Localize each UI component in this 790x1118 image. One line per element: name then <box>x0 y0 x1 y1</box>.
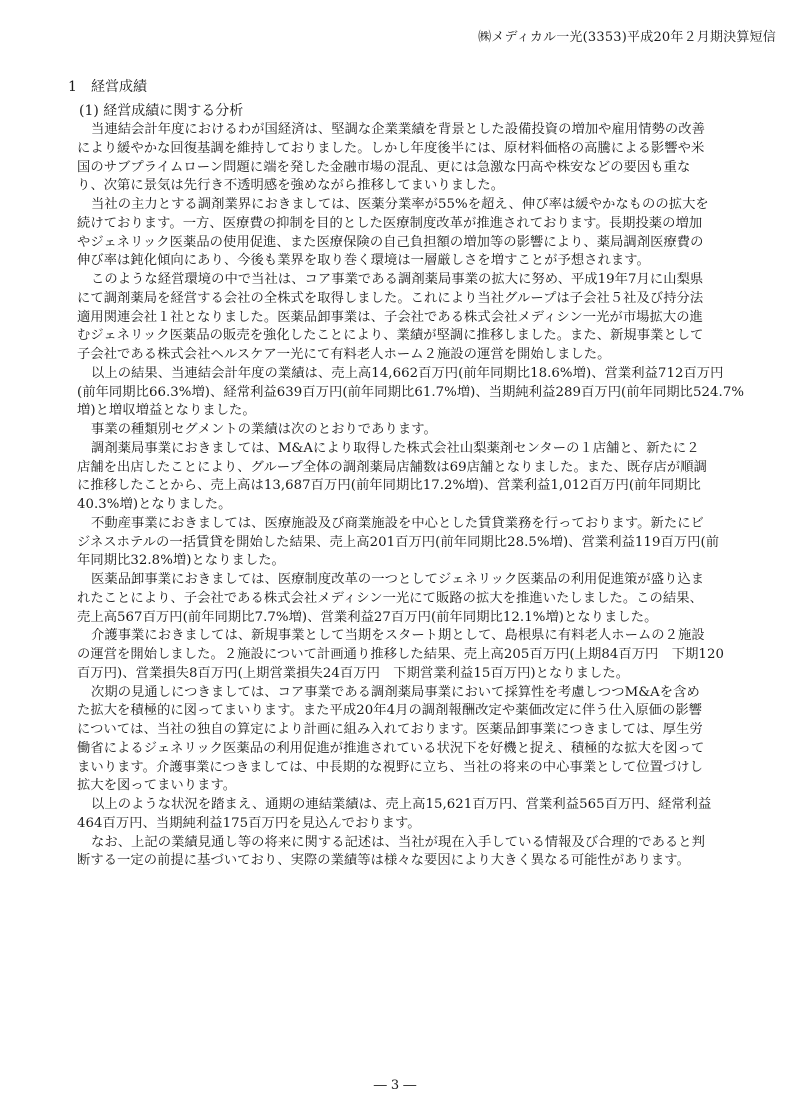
text-line: このような経営環境の中で当社は、コア事業である調剤薬局事業の拡大に努め、平成19… <box>77 271 722 290</box>
text-line: 464百万円、当期純利益175百万円を見込んでおります。 <box>77 815 722 834</box>
text-line: 医薬品卸事業におきましては、医療制度改革の一つとしてジェネリック医薬品の利用促進… <box>77 571 722 590</box>
text-line: 断する一定の前提に基づいており、実際の業績等は様々な要因により大きく異なる可能性… <box>77 852 722 871</box>
text-line: の運営を開始しました。２施設について計画通り推移した結果、売上高205百万円(上… <box>77 646 722 665</box>
text-line: 拡大を図ってまいります。 <box>77 777 722 796</box>
text-line: なお、上記の業績見通し等の将来に関する記述は、当社が現在入手している情報及び合理… <box>77 834 722 853</box>
text-line: 以上の結果、当連結会計年度の業績は、売上高14,662百万円(前年同期比18.6… <box>77 365 722 384</box>
text-line: り、次第に景気は先行き不透明感を強めながら推移してまいりました。 <box>77 177 722 196</box>
text-line: 百万円)、営業損失8百万円(上期営業損失24百万円 下期営業利益15百万円)とな… <box>77 665 722 684</box>
text-line: 調剤薬局事業におきましては、M&Aにより取得した株式会社山梨薬剤センターの１店舗… <box>77 440 722 459</box>
text-line: 当連結会計年度におけるわが国経済は、堅調な企業業績を背景とした設備投資の増加や雇… <box>77 121 722 140</box>
text-line: 年同期比32.8%増)となりました。 <box>77 552 722 571</box>
text-line: については、当社の独自の算定により計画に組み入れております。医薬品卸事業につきま… <box>77 721 722 740</box>
text-line: に推移したことから、売上高は13,687百万円(前年同期比17.2%増)、営業利… <box>77 477 722 496</box>
section-number: 1 <box>68 79 91 95</box>
text-line: た拡大を積極的に図ってまいります。また平成20年4月の調剤報酬改定や薬価改定に伴… <box>77 702 722 721</box>
text-line: 続けております。一方、医療費の抑制を目的とした医療制度改革が推進されております。… <box>77 215 722 234</box>
text-line: 伸び率は鈍化傾向にあり、今後も業界を取り巻く環境は一層厳しさを増すことが予想され… <box>77 252 722 271</box>
text-line: むジェネリック医薬品の販売を強化したことにより、業績が堅調に推移しました。また、… <box>77 327 722 346</box>
text-line: (前年同期比66.3%増)、経常利益639百万円(前年同期比61.7%増)、当期… <box>77 384 722 403</box>
text-line: 不動産事業におきましては、医療施設及び商業施設を中心とした賃貸業務を行っておりま… <box>77 515 722 534</box>
text-line: 適用関連会社１社となりました。医薬品卸事業は、子会社である株式会社メディシン一光… <box>77 309 722 328</box>
text-line: 店舗を出店したことにより、グループ全体の調剤薬局店舗数は69店舗となりました。ま… <box>77 459 722 478</box>
text-line: 以上のような状況を踏まえ、通期の連結業績は、売上高15,621百万円、営業利益5… <box>77 796 722 815</box>
text-line: 当社の主力とする調剤業界におきましては、医薬分業率が55%を超え、伸び率は緩やか… <box>77 196 722 215</box>
text-line: 介護事業におきましては、新規事業として当期をスタート期として、島根県に有料老人ホ… <box>77 627 722 646</box>
page-number: ― 3 ― <box>0 1078 790 1093</box>
text-line: れたことにより、子会社である株式会社メディシン一光にて販路の拡大を推進いたしまし… <box>77 590 722 609</box>
text-line: 次期の見通しにつきましては、コア事業である調剤薬局事業において採算性を考慮しつつ… <box>77 684 722 703</box>
text-line: 事業の種類別セグメントの業績は次のとおりであります。 <box>77 421 722 440</box>
text-line: 子会社である株式会社ヘルスケア一光にて有料老人ホーム２施設の運営を開始しました。 <box>77 346 722 365</box>
section-title: 経営成績 <box>91 79 147 95</box>
text-line: やジェネリック医薬品の使用促進、また医療保険の自己負担額の増加等の影響により、薬… <box>77 234 722 253</box>
text-line: まいります。介護事業につきましては、中長期的な視野に立ち、当社の将来の中心事業と… <box>77 759 722 778</box>
text-line: 40.3%増)となりました。 <box>77 496 722 515</box>
text-line: 売上高567百万円(前年同期比7.7%増)、営業利益27百万円(前年同期比12.… <box>77 609 722 628</box>
text-line: により緩やかな回復基調を維持しておりました。しかし年度後半には、原材料価格の高騰… <box>77 140 722 159</box>
document-header: ㈱メディカル一光(3353)平成20年２月期決算短信 <box>478 26 776 45</box>
text-line: にて調剤薬局を経営する会社の全株式を取得しました。これにより当社グループは子会社… <box>77 290 722 309</box>
text-line: 増)と増収増益となりました。 <box>77 402 722 421</box>
text-line: 働省によるジェネリック医薬品の利用促進が推進されている状況下を好機と捉え、積極的… <box>77 740 722 759</box>
text-line: 国のサブプライムローン問題に端を発した金融市場の混乱、更には急激な円高や株安など… <box>77 159 722 178</box>
section-heading: 1経営成績 <box>68 76 147 96</box>
text-line: ジネスホテルの一括賃貸を開始した結果、売上高201百万円(前年同期比28.5%増… <box>77 534 722 553</box>
subsection-heading: (1) 経営成績に関する分析 <box>79 100 243 120</box>
body-text: 当連結会計年度におけるわが国経済は、堅調な企業業績を背景とした設備投資の増加や雇… <box>77 121 722 871</box>
